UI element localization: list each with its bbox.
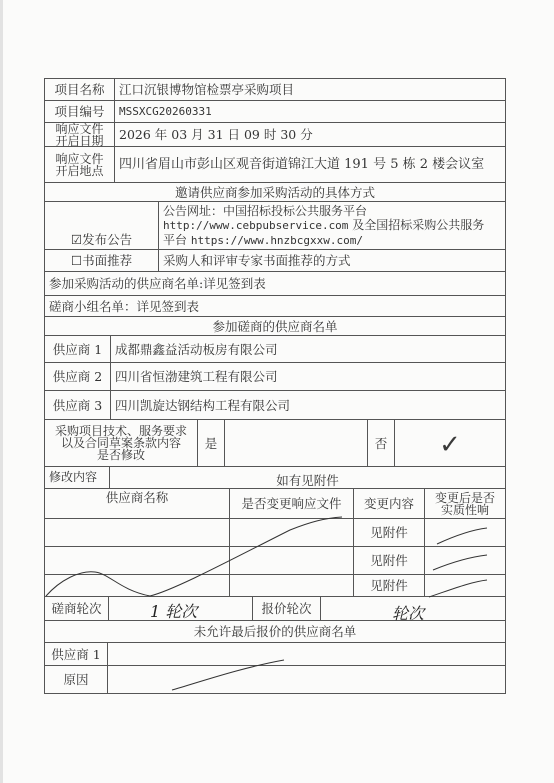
announce-line-2-rest: 及全国招标采购公共服务 <box>352 218 484 232</box>
supplier-2-name: 四川省恒渤建筑工程有限公司 <box>111 363 505 390</box>
header-substantive-line2: 实质性响 <box>441 504 489 516</box>
change-row-3-substantive <box>425 575 505 596</box>
change-row-2-changed <box>230 547 353 574</box>
announce-line-3-prefix: 平台 <box>163 233 187 247</box>
modification-question-line3: 是否修改 <box>97 449 145 461</box>
change-row-2-substantive <box>425 547 505 574</box>
rule <box>108 596 109 620</box>
project-name-value: 江口沉银博物馆检票亭采购项目 <box>115 79 505 100</box>
supplier-3-label: 供应商 3 <box>45 391 110 419</box>
written-option-checkbox[interactable]: ☐书面推荐 <box>45 250 158 271</box>
modification-content-value: 如有见附件 <box>110 467 505 488</box>
change-row-2-content: 见附件 <box>354 547 424 574</box>
rule <box>44 693 506 694</box>
change-row-1-content: 见附件 <box>354 519 424 546</box>
announce-option-checkbox[interactable]: ☑发布公告 <box>45 202 158 249</box>
procurement-record-form: 项目名称 江口沉银博物馆检票亭采购项目 项目编号 MSSXCG20260331 … <box>0 0 554 783</box>
supplier-1-name: 成都鼎鑫益活动板房有限公司 <box>111 336 505 362</box>
project-name-label: 项目名称 <box>45 79 114 100</box>
open-date-label-line1: 响应文件 <box>55 123 103 135</box>
written-desc: 采购人和评审专家书面推荐的方式 <box>159 250 505 271</box>
modification-question: 采购项目技术、服务要求 以及合同草案条款内容 是否修改 <box>45 420 197 466</box>
yes-label: 是 <box>198 420 224 466</box>
yes-value[interactable] <box>225 420 367 466</box>
change-row-3-supplier <box>45 575 229 596</box>
supplier-1-label: 供应商 1 <box>45 336 110 362</box>
open-place-label: 响应文件 开启地点 <box>45 147 114 182</box>
header-change-content: 变更内容 <box>354 489 424 518</box>
rejected-reason-label: 原因 <box>45 666 107 693</box>
project-number-label: 项目编号 <box>45 101 114 122</box>
no-label: 否 <box>368 420 394 466</box>
invitation-section-title: 邀请供应商参加采购活动的具体方式 <box>45 183 505 201</box>
rejected-suppliers-title: 未允许最后报价的供应商名单 <box>45 621 505 642</box>
open-place-label-line2: 开启地点 <box>55 165 103 177</box>
header-supplier-name: 供应商名称 <box>45 489 229 518</box>
rejected-supplier-label: 供应商 1 <box>45 643 107 665</box>
change-row-3-content: 见附件 <box>354 575 424 596</box>
quote-rounds-label: 报价轮次 <box>253 597 320 620</box>
hnzbcg-url[interactable]: https://www.hnzbcgxxw.com/ <box>191 234 363 247</box>
change-row-2-supplier <box>45 547 229 574</box>
announce-line-1: 公告网址：中国招标投标公共服务平台 <box>163 204 484 218</box>
cebpub-url[interactable]: http://www.cebpubservice.com <box>163 219 348 232</box>
open-date-value: 2026 年 03 月 31 日 09 时 30 分 <box>115 123 505 146</box>
open-date-label: 响应文件 开启日期 <box>45 123 114 146</box>
header-substantive: 变更后是否 实质性响 <box>425 489 505 518</box>
open-place-label-line1: 响应文件 <box>55 153 103 165</box>
change-row-3-changed <box>230 575 353 596</box>
change-row-1-supplier <box>45 519 229 546</box>
rejected-supplier-value <box>108 643 505 665</box>
header-response-changed: 是否变更响应文件 <box>230 489 353 518</box>
rule <box>320 596 321 620</box>
change-row-1-substantive <box>425 519 505 546</box>
negotiating-suppliers-title: 参加磋商的供应商名单 <box>45 317 505 335</box>
announce-line-3: 平台 https://www.hnzbcgxxw.com/ <box>163 233 484 248</box>
open-date-label-line2: 开启日期 <box>55 135 103 147</box>
supplier-3-name: 四川凯旋达钢结构工程有限公司 <box>111 391 505 419</box>
header-substantive-line1: 变更后是否 <box>435 492 495 504</box>
supplier-2-label: 供应商 2 <box>45 363 110 390</box>
rule <box>505 78 506 693</box>
participants-line: 参加采购活动的供应商名单:详见签到表 <box>45 272 505 295</box>
group-line: 磋商小组名单：详见签到表 <box>45 296 505 316</box>
rejected-reason-value <box>108 666 505 693</box>
negotiation-rounds-handwritten: 1 轮次 <box>150 599 197 622</box>
change-row-1-changed <box>230 519 353 546</box>
no-checkmark[interactable]: ✓ <box>395 420 505 466</box>
negotiation-rounds-label: 磋商轮次 <box>45 597 108 620</box>
announce-line-2: http://www.cebpubservice.com 及全国招标采购公共服务 <box>163 218 484 233</box>
open-place-value: 四川省眉山市彭山区观音街道锦江大道 191 号 5 栋 2 楼会议室 <box>115 147 505 182</box>
project-number-value: MSSXCG20260331 <box>115 101 505 122</box>
announce-urls: 公告网址：中国招标投标公共服务平台 http://www.cebpubservi… <box>159 202 505 249</box>
modification-content-label: 修改内容 <box>45 467 109 488</box>
